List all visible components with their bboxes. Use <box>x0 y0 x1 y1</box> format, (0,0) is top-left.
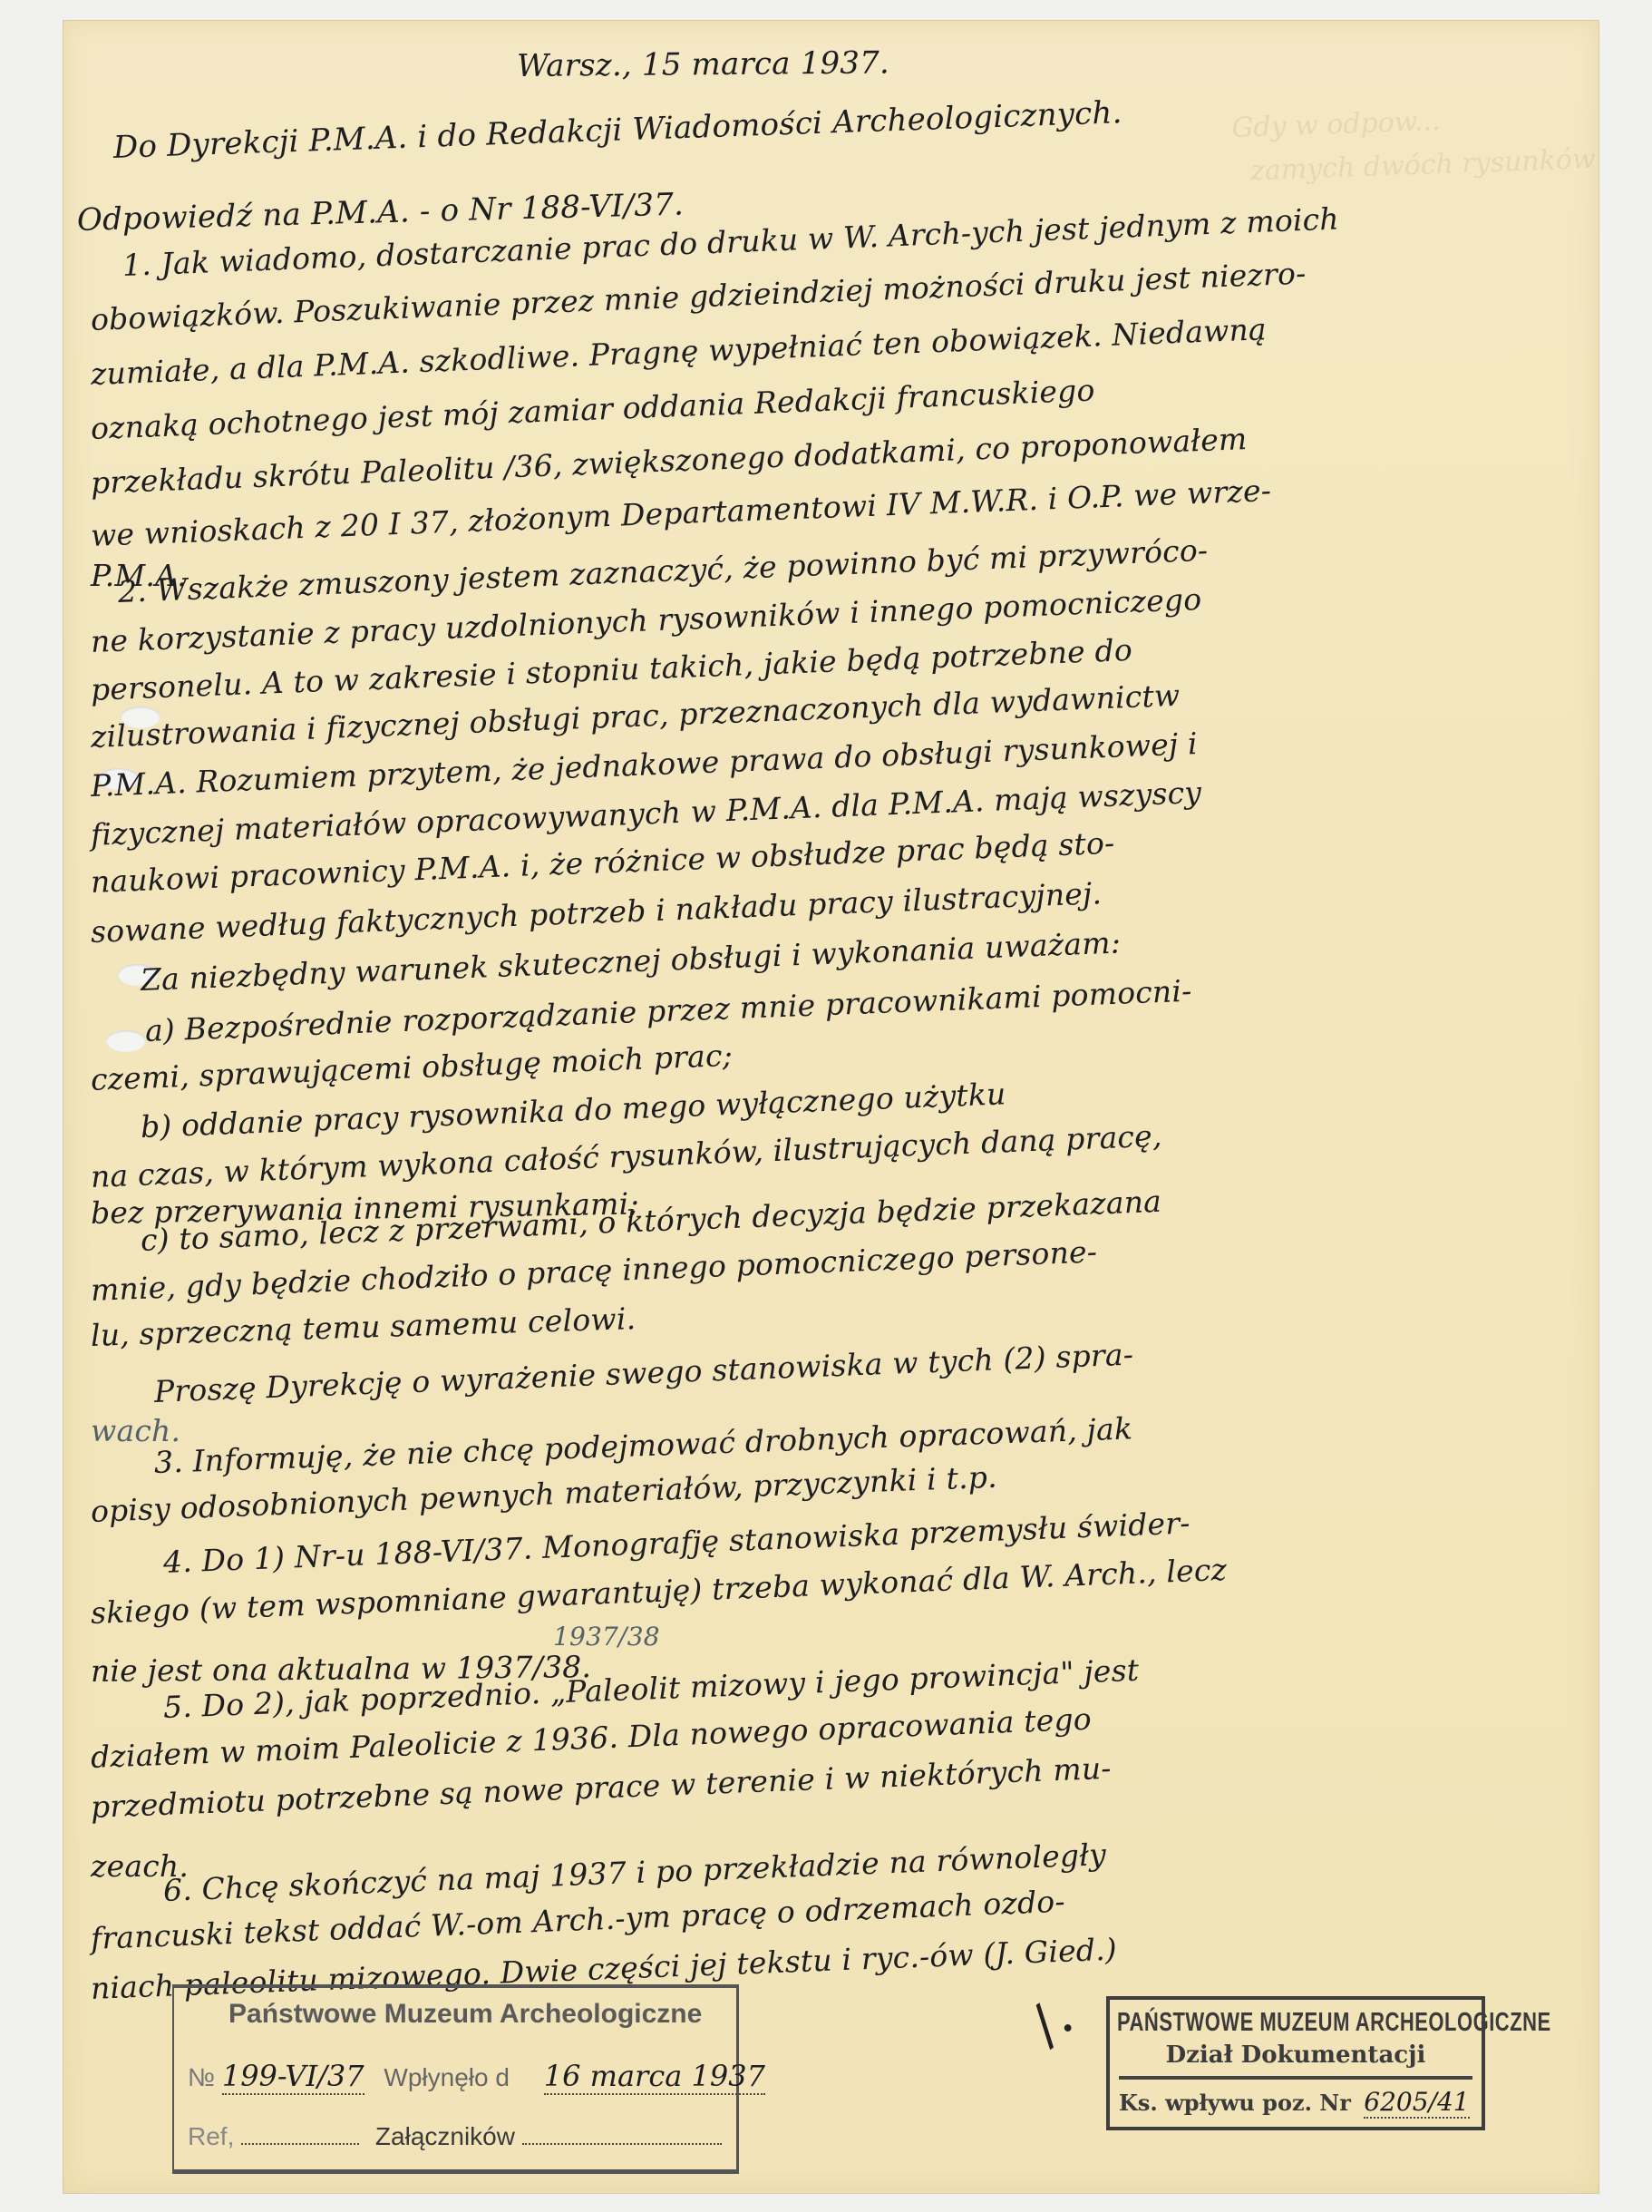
attachments-label: Załączników <box>375 2122 515 2150</box>
punch-hole <box>106 1030 146 1052</box>
ref-field <box>241 2143 359 2145</box>
text-line: wach. <box>91 1413 180 1448</box>
receipt-no-value: 199-VI/37 <box>222 2059 364 2095</box>
documentation-stamp: PAŃSTWOWE MUZEUM ARCHEOLOGICZNE Dział Do… <box>1106 1996 1485 2130</box>
register-value: 6205/41 <box>1364 2087 1469 2119</box>
text-line: Proszę Dyrekcję o wyrażenie swego stanow… <box>153 1337 1134 1409</box>
attachments-field <box>522 2143 722 2145</box>
letter-page: Gdy w odpow... zamych dwóch rysunków ...… <box>63 20 1599 2194</box>
received-value: 16 marca 1937 <box>544 2059 765 2095</box>
date-line: Warsz., 15 marca 1937. <box>517 44 889 84</box>
ref-label: Ref, <box>188 2122 234 2150</box>
receipt-stamp: Państwowe Muzeum Archeologiczne № 199-VI… <box>172 1984 739 2174</box>
text-line: lu, sprzeczną temu samemu celowi. <box>90 1301 636 1353</box>
documentation-stamp-header: PAŃSTWOWE MUZEUM ARCHEOLOGICZNE <box>1117 2007 1551 2038</box>
receipt-no-label: № <box>188 2063 215 2091</box>
register-label: Ks. wpływu poz. Nr <box>1119 2090 1351 2116</box>
received-label: Wpłynęło d <box>384 2063 510 2091</box>
address-line: Do Dyrekcji P.M.A. i do Redakcji Wiadomo… <box>112 94 1122 166</box>
receipt-stamp-header: Państwowe Muzeum Archeologiczne <box>228 1999 702 2030</box>
documentation-department: Dział Dokumentacji <box>1110 2041 1482 2069</box>
insertion-year: 1937/38 <box>553 1622 660 1652</box>
initial-mark: /. <box>1018 1984 1084 2057</box>
